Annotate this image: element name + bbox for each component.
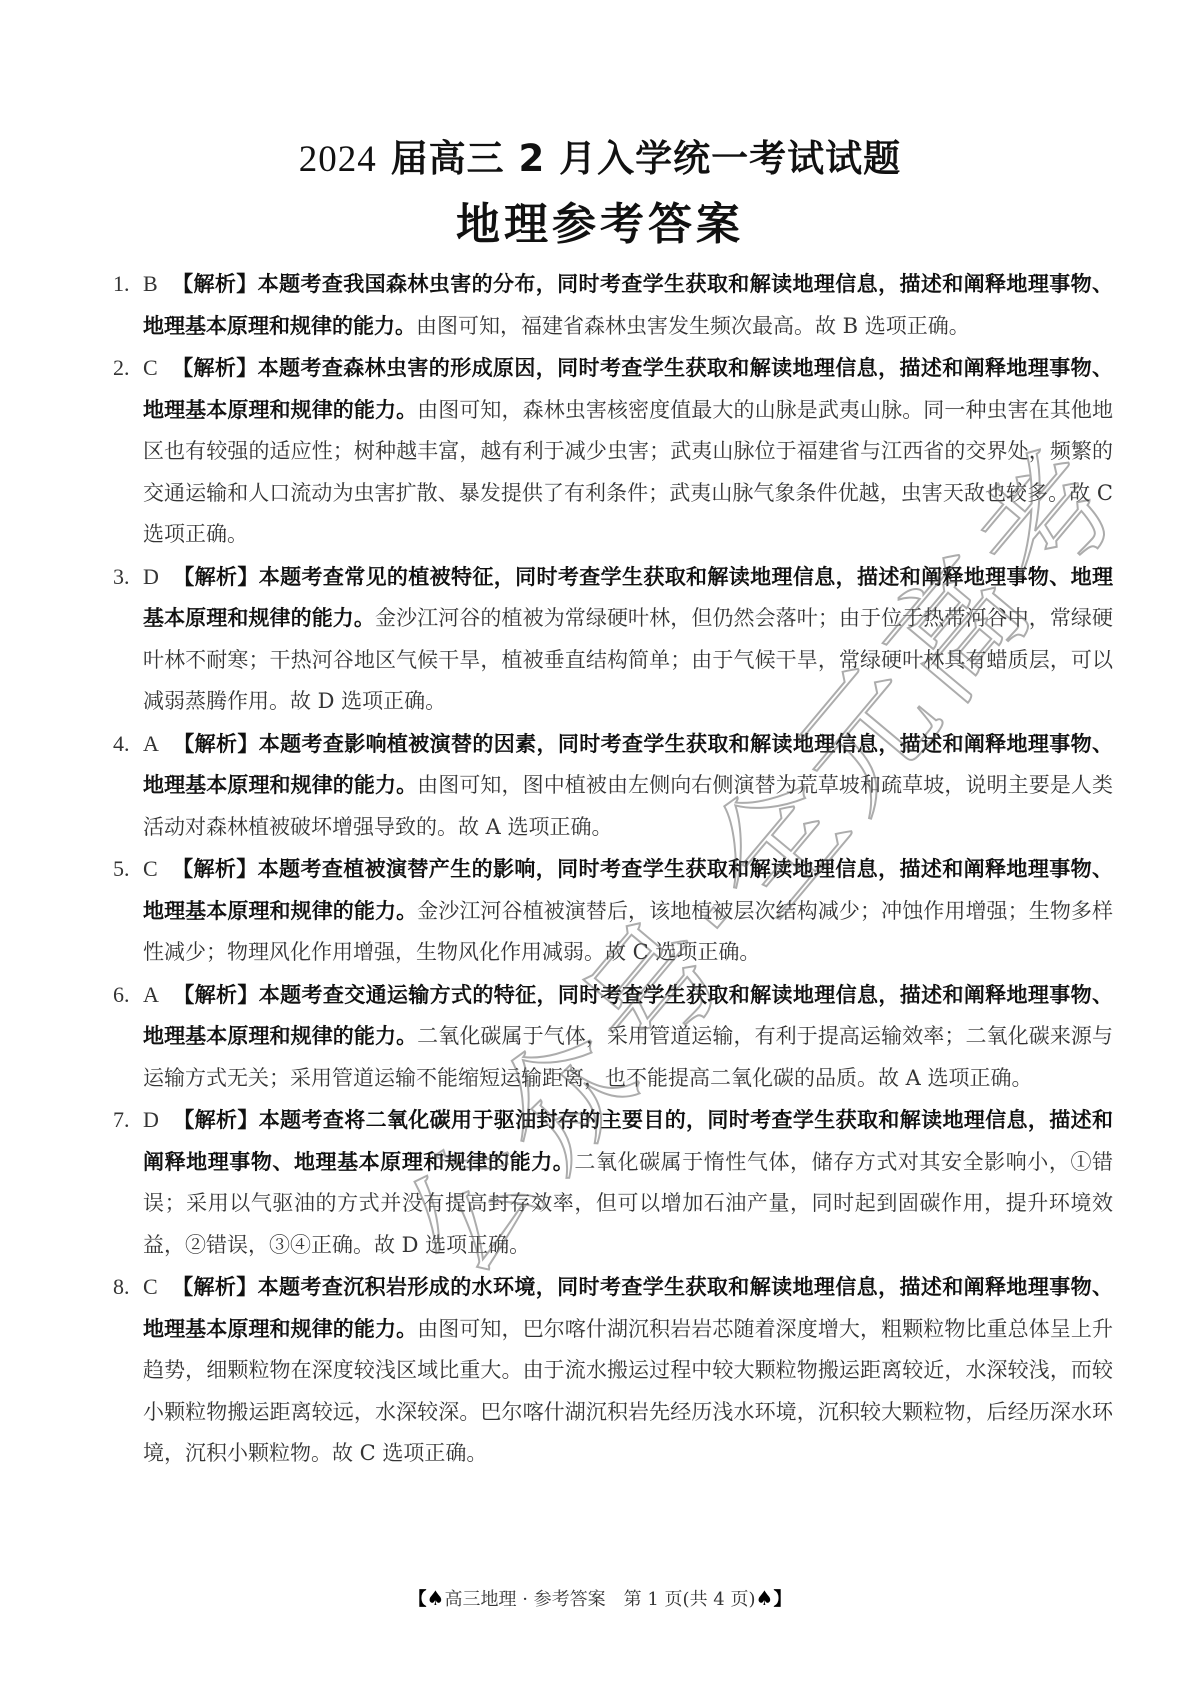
exam-title: 2024 届高三 2 月入学统一考试试题 [0,128,1200,182]
answer-item-8: 8. C【解析】本题考查沉积岩形成的水环境，同时考查学生获取和解读地理信息，描述… [113,1266,1113,1475]
exam-year: 2024 [299,139,377,180]
answer-letter: B [143,271,158,296]
document-subtitle: 地理参考答案 [0,188,1200,252]
analysis-tag: 【解析】 [173,565,259,589]
question-number: 2. [113,347,130,389]
answer-sheet-page: 2024 届高三 2 月入学统一考试试题 地理参考答案 1. B【解析】本题考查… [0,0,1200,1687]
footer-label: 高三地理 · 参考答案 [444,1589,605,1610]
page-footer: 【♠高三地理 · 参考答案第 1 页(共 4 页)♠】 [0,1585,1200,1611]
analysis-tag: 【解析】 [173,732,259,756]
question-number: 3. [113,556,130,598]
exam-title-text: 届高三 2 月入学统一考试试题 [377,137,901,180]
answer-item-6: 6. A【解析】本题考查交通运输方式的特征，同时考查学生获取和解读地理信息，描述… [113,974,1113,1100]
question-number: 1. [113,263,130,305]
answer-item-1: 1. B【解析】本题考查我国森林虫害的分布，同时考查学生获取和解读地理信息，描述… [113,263,1113,347]
answer-item-7: 7. D【解析】本题考查将二氧化碳用于驱油封存的主要目的，同时考查学生获取和解读… [113,1099,1113,1266]
analysis-tag: 【解析】 [172,857,258,881]
answer-letter: D [143,564,159,589]
analysis-tag: 【解析】 [172,272,258,296]
answer-item-4: 4. A【解析】本题考查影响植被演替的因素，同时考查学生获取和解读地理信息，描述… [113,723,1113,849]
answer-letter: C [143,856,158,881]
answer-letter: C [143,1274,158,1299]
question-number: 4. [113,723,130,765]
footer-right-bracket: 】 [773,1589,791,1610]
footer-left-bracket: 【 [409,1589,427,1610]
answer-letter: A [143,982,159,1007]
question-number: 6. [113,974,130,1016]
question-number: 5. [113,848,130,890]
answer-item-5: 5. C【解析】本题考查植被演替产生的影响，同时考查学生获取和解读地理信息，描述… [113,848,1113,974]
answers-list: 1. B【解析】本题考查我国森林虫害的分布，同时考查学生获取和解读地理信息，描述… [113,263,1113,1475]
question-number: 8. [113,1266,130,1308]
question-number: 7. [113,1099,130,1141]
analysis-tag: 【解析】 [173,1108,259,1132]
spade-icon: ♠ [756,1586,774,1610]
spade-icon: ♠ [427,1586,445,1610]
analysis-tag: 【解析】 [172,356,258,380]
page-indicator: 第 1 页(共 4 页) [624,1589,756,1610]
answer-letter: D [143,1107,159,1132]
answer-letter: A [143,731,159,756]
analysis-tag: 【解析】 [172,1275,258,1299]
answer-item-2: 2. C【解析】本题考查森林虫害的形成原因，同时考查学生获取和解读地理信息，描述… [113,347,1113,556]
analysis-tag: 【解析】 [173,983,259,1007]
analysis-detail: 由图可知，福建省森林虫害发生频次最高。故 B 选项正确。 [416,314,970,338]
answer-item-3: 3. D【解析】本题考查常见的植被特征，同时考查学生获取和解读地理信息，描述和阐… [113,556,1113,723]
answer-letter: C [143,355,158,380]
